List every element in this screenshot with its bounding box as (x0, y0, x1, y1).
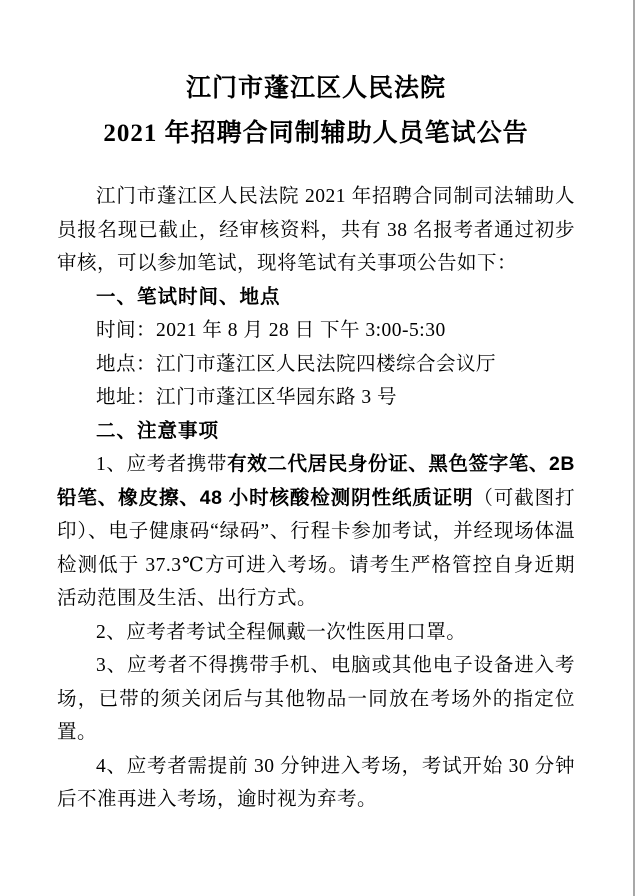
exam-time-line: 时间：2021 年 8 月 28 日 下午 3:00-5:30 (57, 314, 575, 348)
title-line-2: 2021 年招聘合同制辅助人员笔试公告 (57, 111, 575, 156)
notice-item-1: 1、应考者携带有效二代居民身份证、黑色签字笔、2B 铅笔、橡皮擦、48 小时核酸… (57, 448, 575, 616)
document-title: 江门市蓬江区人民法院 2021 年招聘合同制辅助人员笔试公告 (57, 66, 575, 156)
notice-item-1-prefix: 1、应考者携带 (96, 454, 227, 475)
document-page: 江门市蓬江区人民法院 2021 年招聘合同制辅助人员笔试公告 江门市蓬江区人民法… (0, 0, 635, 896)
section1-heading: 一、笔试时间、地点 (57, 281, 575, 315)
document-body: 江门市蓬江区人民法院 2021 年招聘合同制辅助人员笔试公告 江门市蓬江区人民法… (0, 0, 633, 817)
section2-heading: 二、注意事项 (57, 415, 575, 449)
exam-venue-line: 地点：江门市蓬江区人民法院四楼综合会议厅 (57, 348, 575, 382)
intro-paragraph: 江门市蓬江区人民法院 2021 年招聘合同制司法辅助人员报名现已截止，经审核资料… (57, 180, 575, 281)
notice-item-2: 2、应考者考试全程佩戴一次性医用口罩。 (57, 616, 575, 650)
notice-item-4: 4、应考者需提前 30 分钟进入考场，考试开始 30 分钟后不准再进入考场，逾时… (57, 750, 575, 817)
exam-address-line: 地址：江门市蓬江区华园东路 3 号 (57, 381, 575, 415)
title-line-1: 江门市蓬江区人民法院 (57, 66, 575, 111)
notice-item-3: 3、应考者不得携带手机、电脑或其他电子设备进入考场，已带的须关闭后与其他物品一同… (57, 649, 575, 750)
